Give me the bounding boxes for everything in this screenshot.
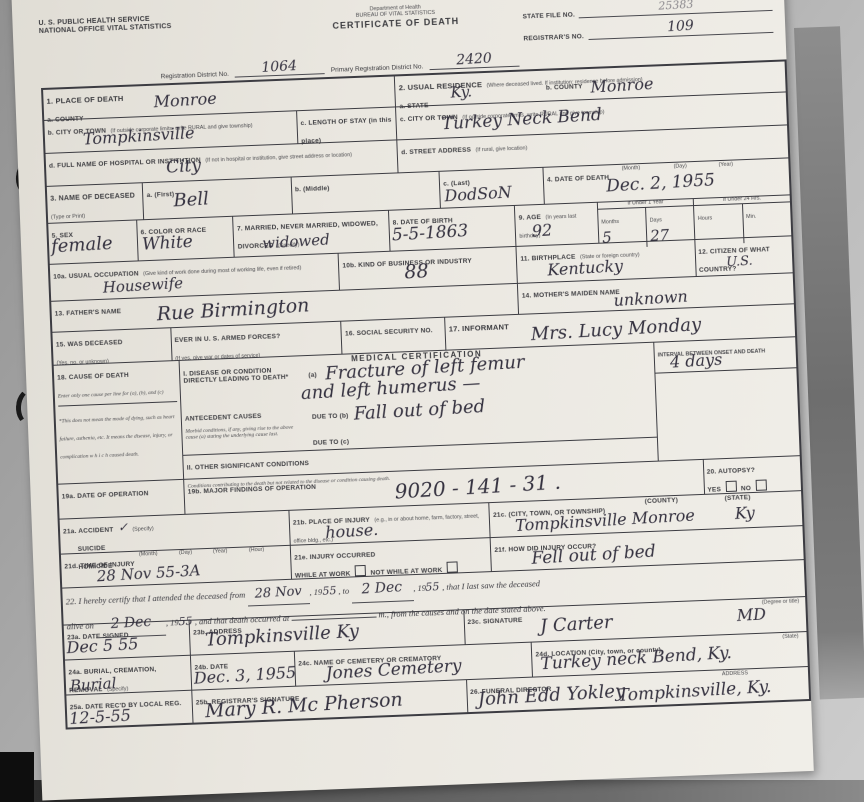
first-name-value: Bell bbox=[173, 188, 210, 211]
citizen-value: U.S. bbox=[725, 254, 752, 271]
place-of-death-section: 1. PLACE OF DEATH a. COUNTY Monroe b. CI… bbox=[43, 76, 399, 185]
was-deceased-label: 15. WAS DECEASED bbox=[56, 339, 123, 349]
due-to-c-label: DUE TO (c) bbox=[313, 438, 349, 447]
funeral-director-value: John Edd Yokley bbox=[477, 681, 626, 711]
marital-value: widowed bbox=[262, 230, 331, 252]
certify-year2: 55 bbox=[425, 578, 440, 597]
race-value: White bbox=[142, 232, 194, 255]
father-name-value: Rue Birmington bbox=[156, 294, 310, 325]
scanned-photo-background: U. S. PUBLIC HEALTH SERVICE NATIONAL OFF… bbox=[0, 0, 864, 802]
death-year-label: (Year) bbox=[719, 163, 734, 169]
injury-hour-label: (Hour) bbox=[249, 548, 264, 555]
major-findings-value: 9020 - 141 - 31 . bbox=[394, 470, 561, 504]
burial-location-value: Turkey neck Bend, Ky. bbox=[540, 643, 732, 674]
certificate-form: 1. PLACE OF DEATH a. COUNTY Monroe b. CI… bbox=[41, 59, 811, 729]
date-of-death-value: Dec. 2, 1955 bbox=[606, 170, 716, 196]
morbid-note: Morbid conditions, if any, giving rise t… bbox=[185, 425, 305, 441]
degree-title-note: (Degree or title) bbox=[762, 599, 800, 606]
last-name-value: DodSoN bbox=[444, 182, 512, 205]
registrar-no-label: REGISTRAR'S NO. bbox=[523, 33, 584, 43]
interval-value: 4 days bbox=[669, 350, 722, 372]
autopsy-yes-label: YES bbox=[707, 486, 721, 494]
primary-district-label: Primary Registration District No. bbox=[331, 63, 424, 74]
due-to-b-label: DUE TO (b) bbox=[312, 412, 349, 421]
other-conditions-label: II. OTHER SIGNIFICANT CONDITIONS bbox=[187, 460, 310, 472]
hospital-value: City bbox=[166, 156, 202, 178]
not-while-at-work-checkbox bbox=[447, 562, 458, 573]
certify-year1: 55 bbox=[322, 582, 337, 601]
name-title-note: (Type or Print) bbox=[51, 213, 85, 220]
autopsy-label: 20. AUTOPSY? bbox=[707, 467, 756, 476]
title-block: Department of Health BUREAU OF VITAL STA… bbox=[295, 3, 496, 33]
signature-label: 23c. SIGNATURE bbox=[467, 617, 522, 626]
agency-block: U. S. PUBLIC HEALTH SERVICE NATIONAL OFF… bbox=[38, 11, 268, 36]
age-value: 92 bbox=[532, 220, 553, 240]
signature-value: J Carter bbox=[539, 612, 613, 637]
street-address-label: d. STREET ADDRESS bbox=[401, 147, 471, 157]
business-value: 88 bbox=[404, 260, 429, 283]
registrar-signature-value: Mary R. Mc Pherson bbox=[205, 689, 404, 723]
antecedent-causes-label: ANTECEDENT CAUSES bbox=[185, 413, 262, 423]
accident-label: 21a. ACCIDENT bbox=[63, 527, 114, 536]
while-at-work-checkbox bbox=[355, 565, 366, 576]
sex-value: female bbox=[51, 233, 114, 258]
reg-district-label: Registration District No. bbox=[161, 71, 229, 81]
injury-day-label: (Day) bbox=[179, 551, 192, 557]
disease-condition-label: I. DISEASE OR CONDITION DIRECTLY LEADING… bbox=[183, 366, 303, 386]
due-to-b-value: Fall out of bed bbox=[353, 396, 486, 425]
certify-text-2: , to bbox=[338, 586, 349, 596]
autopsy-yes-checkbox bbox=[725, 481, 736, 492]
dob-value: 5-5-1863 bbox=[392, 221, 469, 245]
state-file-value: 25383 bbox=[658, 0, 694, 13]
injury-year-label: (Year) bbox=[213, 549, 228, 555]
primary-district-value: 2420 bbox=[456, 50, 493, 68]
occupation-value: Housewife bbox=[102, 274, 183, 297]
registrar-no-value: 109 bbox=[667, 18, 695, 36]
street-address-note: (If rural, give location) bbox=[475, 145, 527, 153]
hospital-note: (If not in hospital or institution, give… bbox=[205, 152, 352, 164]
suicide-label: SUICIDE bbox=[78, 545, 106, 553]
middle-name-label: b. (Middle) bbox=[295, 185, 330, 193]
ssn-label: 16. SOCIAL SECURITY NO. bbox=[345, 327, 433, 337]
min-label: Min. bbox=[746, 214, 756, 220]
mother-name-value: unknown bbox=[613, 287, 688, 310]
death-certificate-paper: U. S. PUBLIC HEALTH SERVICE NATIONAL OFF… bbox=[10, 0, 814, 801]
accident-checkmark: ✓ bbox=[117, 520, 128, 535]
birthplace-value: Kentucky bbox=[547, 256, 624, 279]
date-of-death-label: 4. DATE OF DEATH bbox=[547, 174, 609, 183]
cause-of-death-label: 18. CAUSE OF DEATH bbox=[57, 372, 129, 382]
burial-value: Burial bbox=[69, 674, 116, 695]
certify-19b: , 19 bbox=[413, 583, 426, 593]
funeral-address-value: Tompkinsville, Ky. bbox=[617, 677, 772, 706]
reg-district-value: 1064 bbox=[261, 58, 298, 76]
days-label: Days bbox=[650, 217, 663, 223]
hours-label: Hours bbox=[698, 215, 713, 222]
residence-city-value: Turkey Neck Bend bbox=[442, 105, 603, 134]
state-file-label: STATE FILE NO. bbox=[522, 11, 575, 20]
informant-label: 17. INFORMANT bbox=[449, 322, 509, 333]
certify-text-1: 22. I hereby certify that I attended the… bbox=[66, 590, 246, 607]
cause-note2: *This does not mean the mode of dying, s… bbox=[59, 414, 175, 460]
place-of-injury-value: house. bbox=[325, 520, 379, 542]
informant-value: Mrs. Lucy Monday bbox=[530, 314, 701, 345]
certify-from-value: 28 Nov bbox=[254, 581, 302, 606]
injury-occurred-label: 21e. INJURY OCCURRED bbox=[294, 552, 376, 562]
death-day-label: (Day) bbox=[674, 164, 687, 170]
certify-19a: , 19 bbox=[309, 587, 322, 597]
residence-state-value: Ky. bbox=[450, 82, 473, 101]
injury-state-label: (STATE) bbox=[724, 494, 750, 502]
certify-text-3: , that I last saw the deceased bbox=[442, 578, 540, 592]
injury-state-value: Ky bbox=[735, 503, 756, 523]
months-label: Months bbox=[601, 219, 619, 226]
name-title: 3. NAME OF DECEASED bbox=[50, 193, 135, 203]
residence-county-value: Monroe bbox=[590, 74, 654, 97]
residence-county-label: b. COUNTY bbox=[546, 83, 583, 92]
armed-forces-label: EVER IN U. S. ARMED FORCES? bbox=[174, 333, 280, 344]
injury-month-label: (Month) bbox=[139, 552, 158, 559]
signer-address-value: Tompkinsville Ky bbox=[205, 621, 360, 651]
injury-county-label: (COUNTY) bbox=[645, 497, 679, 506]
funeral-address-label: ADDRESS bbox=[722, 671, 748, 678]
scan-corner-black bbox=[0, 752, 34, 802]
file-numbers-block: STATE FILE NO. 25383 REGISTRAR'S NO. 109 bbox=[522, 0, 774, 45]
date-received-value: 12-5-55 bbox=[69, 705, 132, 728]
date-signed-value: Dec 5 55 bbox=[66, 634, 139, 657]
burial-location-state-label: (State) bbox=[782, 634, 798, 641]
accident-specify-note: (Specify) bbox=[132, 526, 153, 533]
county-value: Monroe bbox=[153, 89, 217, 112]
father-name-label: 13. FATHER'S NAME bbox=[55, 308, 122, 318]
certify-to-value: 2 Dec bbox=[361, 576, 403, 602]
death-month-label: (Month) bbox=[622, 166, 641, 173]
date-of-operation-label: 19a. DATE OF OPERA­TION bbox=[62, 490, 149, 500]
degree-value: MD bbox=[736, 604, 766, 625]
place-of-death-title: 1. PLACE OF DEATH bbox=[46, 94, 123, 106]
cause-note1: Enter only one cause per line for (a), (… bbox=[58, 390, 164, 400]
major-findings-label: 19b. MAJOR FINDINGS OF OPERATION bbox=[188, 484, 317, 496]
first-name-label: a. (First) bbox=[147, 191, 175, 199]
usual-residence-section: 2. USUAL RESIDENCE (Where deceased lived… bbox=[395, 61, 788, 172]
autopsy-no-label: NO bbox=[741, 485, 751, 492]
cause-a-label: (a) bbox=[308, 372, 317, 380]
autopsy-no-checkbox bbox=[755, 480, 766, 491]
mother-name-label: 14. MOTHER'S MAIDEN NAME bbox=[522, 289, 620, 300]
